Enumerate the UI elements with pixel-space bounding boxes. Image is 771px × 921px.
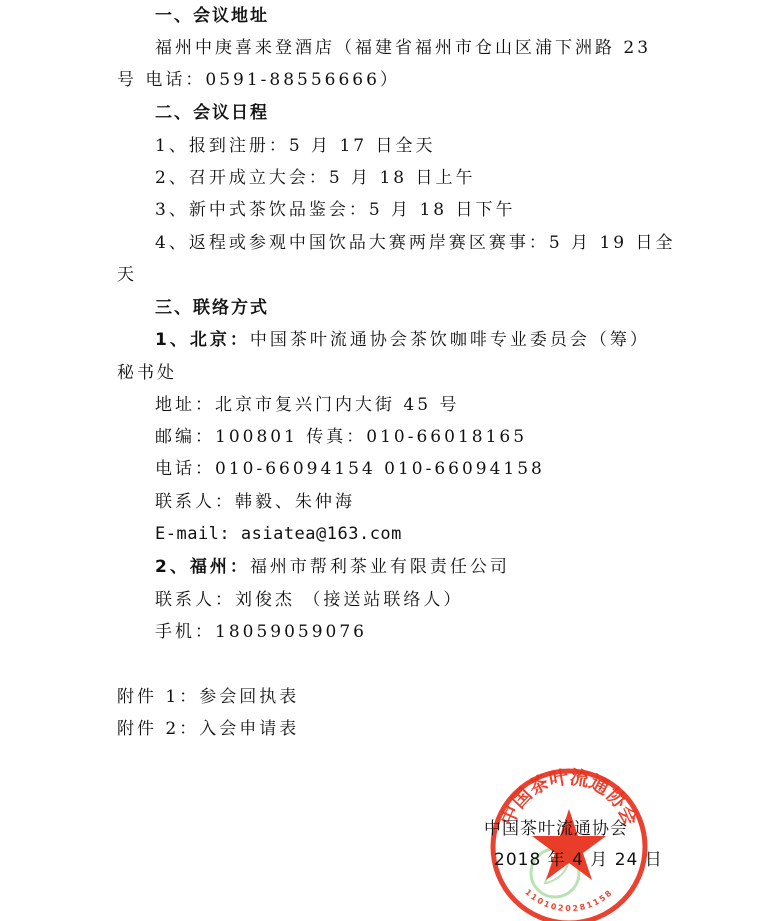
schedule-item-tea-tasting: 3、新中式茶饮品鉴会：5 月 18 日下午 [155,194,515,226]
contact-fuzhou-org-line: 2、福州：福州市帮利茶业有限责任公司 [155,551,510,583]
signature-org: 中国茶叶流通协会 [484,813,628,845]
svg-text:1101020281158: 1101020281158 [523,887,615,913]
contact-beijing-address: 地址：北京市复兴门内大街 45 号 [155,389,459,421]
attachment-2: 附件 2：入会申请表 [117,713,299,745]
contact-fuzhou-org: 福州市帮利茶业有限责任公司 [250,557,510,577]
contact-beijing-org-line: 1、北京：中国茶叶流通协会茶饮咖啡专业委员会（筹） [155,324,650,356]
contact-beijing-phone: 电话：010-66094154 010-66094158 [155,453,545,485]
contact-beijing-org-continuation: 秘书处 [117,357,177,389]
contact-fuzhou-mobile: 手机：18059059076 [155,616,367,648]
contact-fuzhou-label: 2、福州： [155,557,250,577]
contact-beijing-email[interactable]: E-mail: asiatea@163.com [155,518,402,550]
venue-heading: 一、会议地址 [155,0,269,32]
schedule-item-founding-meeting: 2、召开成立大会：5 月 18 日上午 [155,162,475,194]
venue-address-line-2: 号 电话：0591-88556666） [117,64,400,96]
contact-beijing-org: 中国茶叶流通协会茶饮咖啡专业委员会（筹） [250,330,650,350]
contact-beijing-postcode-fax: 邮编：100801 传真：010-66018165 [155,421,527,453]
schedule-heading: 二、会议日程 [155,97,269,129]
contact-heading: 三、联络方式 [155,292,269,324]
contact-beijing-contacts: 联系人：韩毅、朱仲海 [155,486,355,518]
schedule-item-return-continuation: 天 [117,259,137,291]
contact-beijing-label: 1、北京： [155,330,250,350]
signature-date: 2018 年 4 月 24 日 [494,844,663,876]
attachment-1: 附件 1：参会回执表 [117,681,299,713]
venue-address-line-1: 福州中庚喜来登酒店（福建省福州市仓山区浦下洲路 23 [155,32,651,64]
schedule-item-return-or-visit: 4、返程或参观中国饮品大赛两岸赛区赛事：5 月 19 日全 [155,227,675,259]
contact-fuzhou-contact: 联系人：刘俊杰 （接送站联络人） [155,584,463,616]
schedule-item-registration: 1、报到注册：5 月 17 日全天 [155,130,435,162]
